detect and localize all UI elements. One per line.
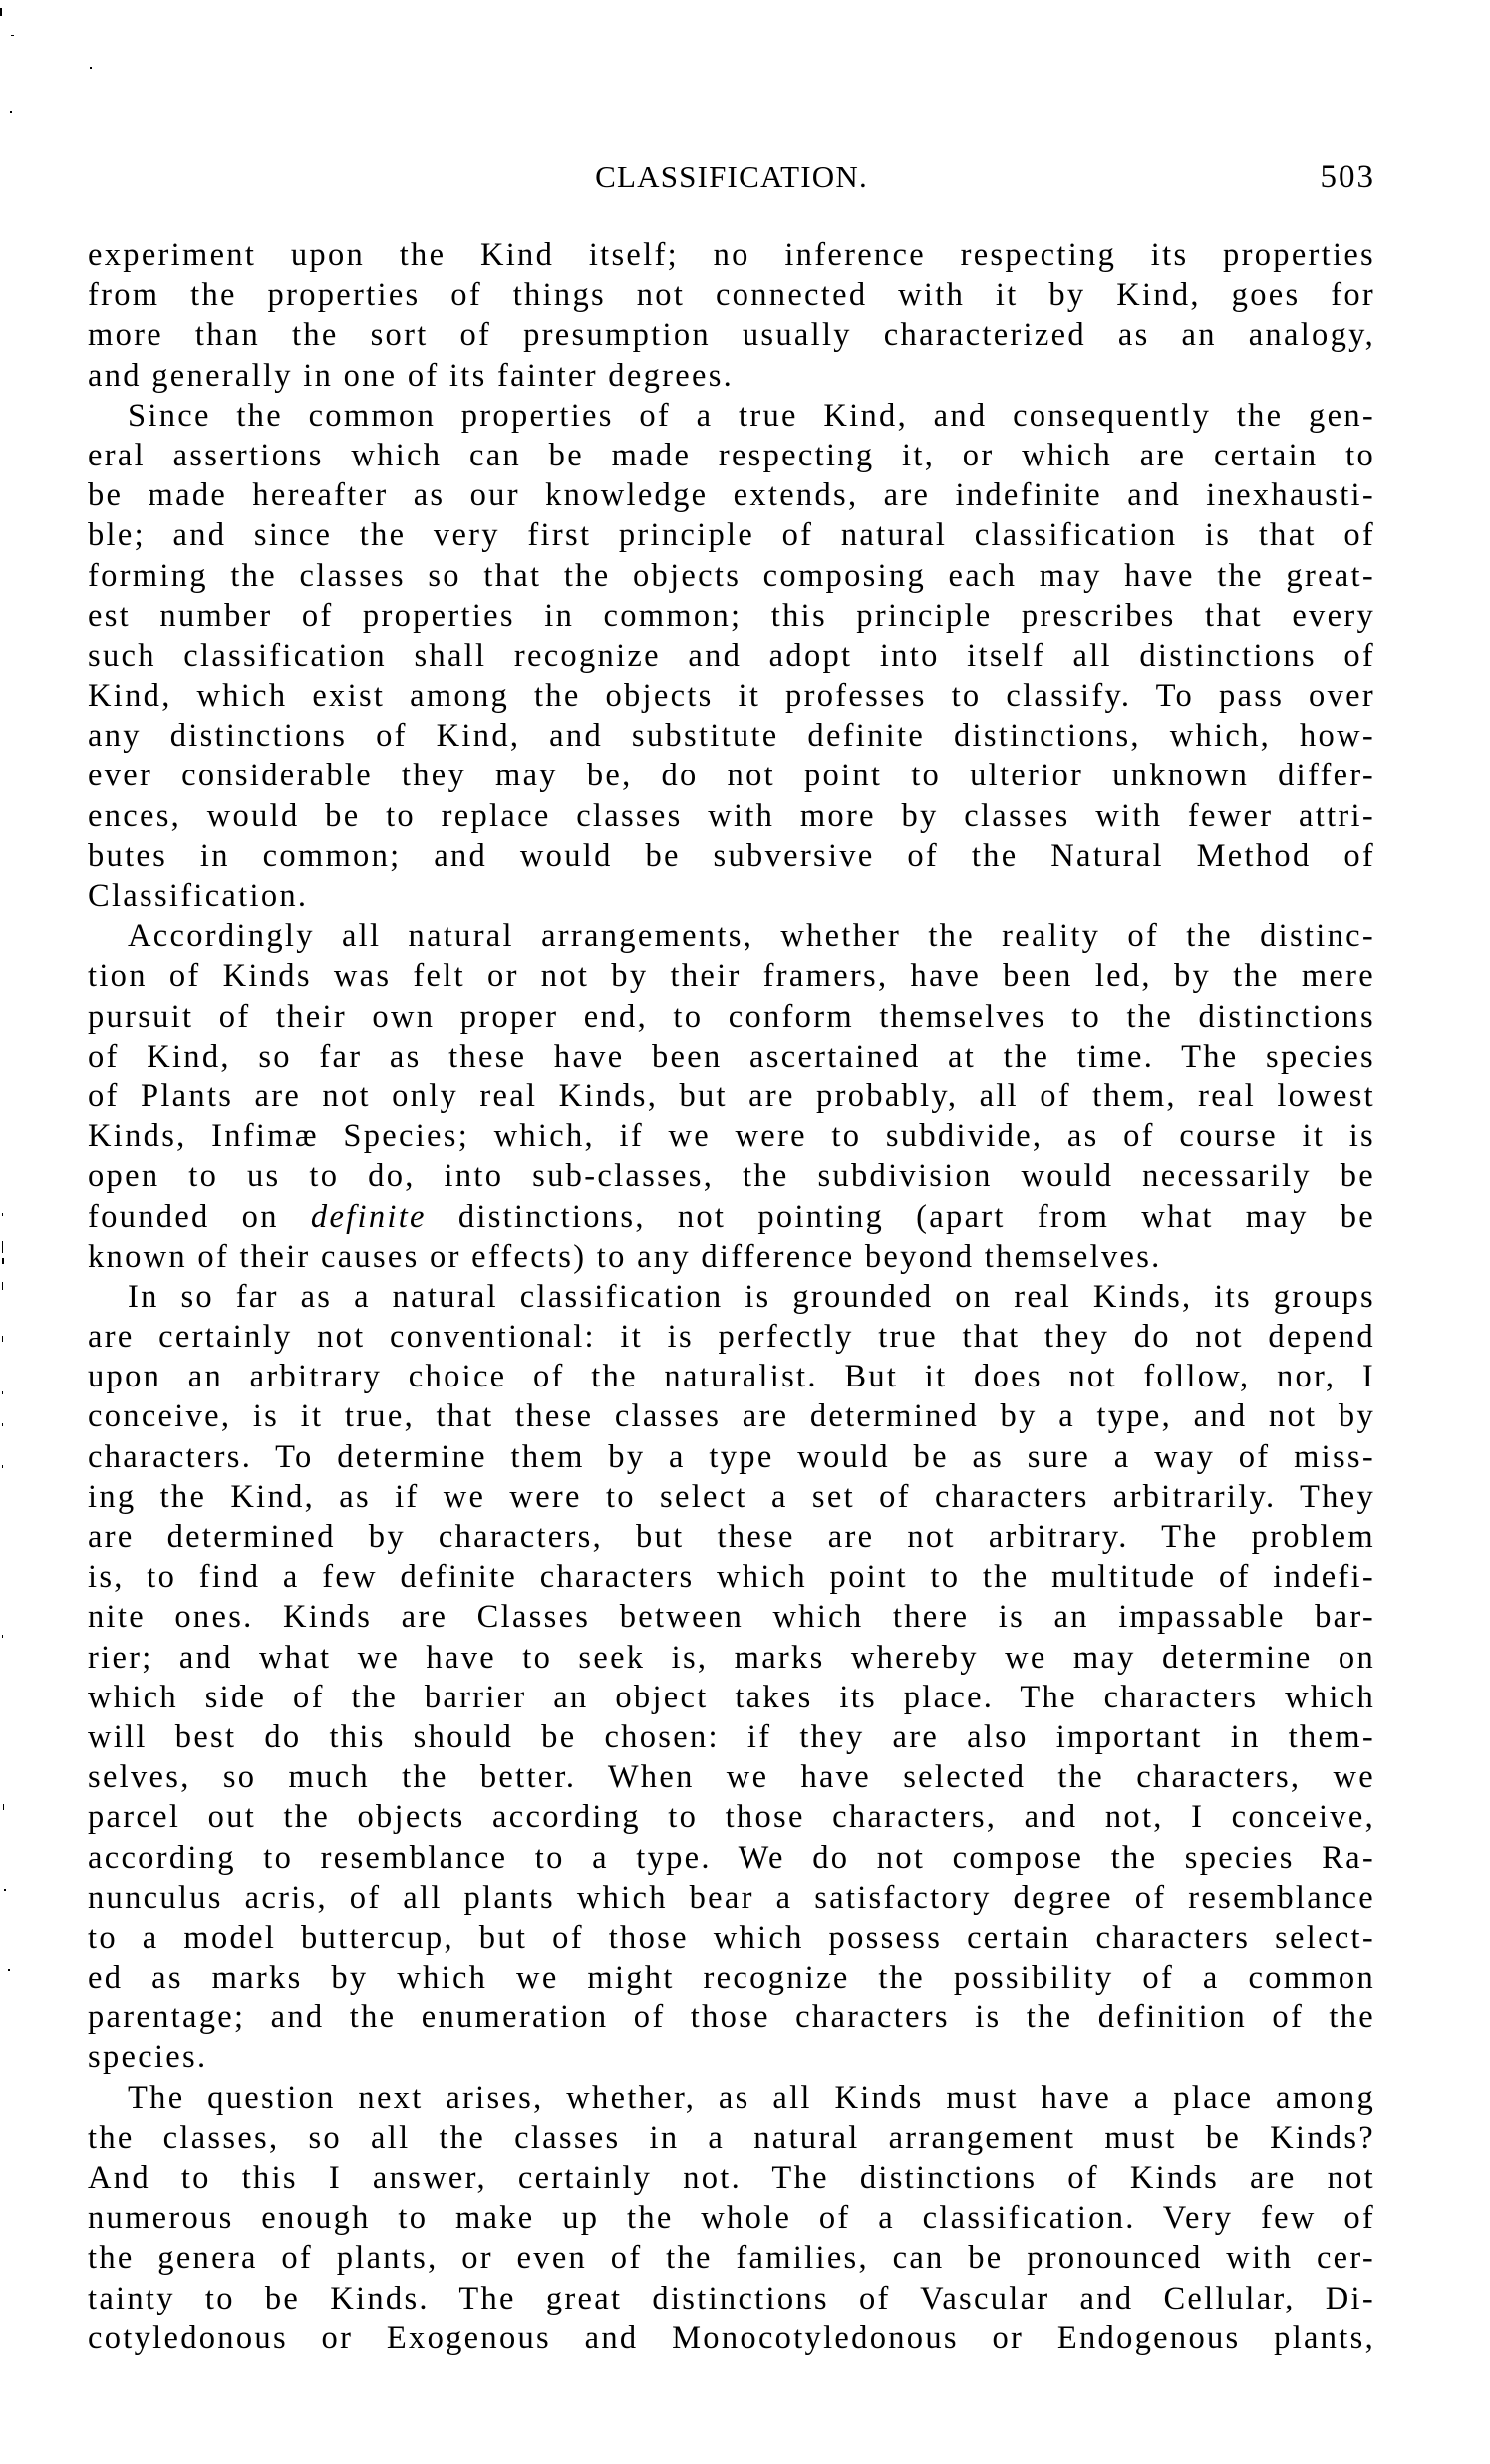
scan-speck xyxy=(2,1423,3,1426)
scan-speck xyxy=(2,1635,3,1638)
scan-speck xyxy=(3,1804,4,1810)
text-line: tainty to be Kinds. The great distinctio… xyxy=(88,2279,1375,2318)
italic-emphasis: definite xyxy=(311,1199,427,1235)
running-head: CLASSIFICATION. 503 xyxy=(88,159,1375,199)
text-line: conceive, is it true, that these classes… xyxy=(88,1396,1375,1436)
page-number: 503 xyxy=(1321,159,1376,195)
text-line: ever considerable they may be, do not po… xyxy=(88,756,1375,795)
text-line: open to us to do, into sub-classes, the … xyxy=(88,1156,1375,1196)
text-line: est number of properties in common; this… xyxy=(88,596,1375,636)
text-line: founded on definite distinctions, not po… xyxy=(88,1197,1375,1237)
text-line: to a model buttercup, but of those which… xyxy=(88,1918,1375,1958)
scan-speck xyxy=(2,1213,3,1216)
text-line: And to this I answer, certainly not. The… xyxy=(88,2158,1375,2198)
scan-speck xyxy=(10,111,12,113)
text-line: forming the classes so that the objects … xyxy=(88,556,1375,596)
text-line: ed as marks by which we might recognize … xyxy=(88,1958,1375,1998)
text-line: nunculus acris, of all plants which bear… xyxy=(88,1878,1375,1918)
scan-speck xyxy=(2,1241,3,1253)
text-line: ing the Kind, as if we were to select a … xyxy=(88,1477,1375,1517)
text-line: selves, so much the better. When we have… xyxy=(88,1757,1375,1797)
text-line: any distinctions of Kind, and substitute… xyxy=(88,716,1375,756)
text-line: ences, would be to replace classes with … xyxy=(88,796,1375,836)
scan-speck xyxy=(4,1889,6,1891)
paragraph: In so far as a natural classification is… xyxy=(88,1277,1375,2078)
scan-speck xyxy=(90,67,92,69)
text-line: according to resemblance to a type. We d… xyxy=(88,1838,1375,1878)
text-line: is, to find a few definite characters wh… xyxy=(88,1557,1375,1597)
text-segment: distinctions, not pointing (apart from w… xyxy=(427,1199,1375,1235)
book-page: CLASSIFICATION. 503 experiment upon the … xyxy=(0,0,1490,2464)
text-line: characters. To determine them by a type … xyxy=(88,1437,1375,1477)
text-line: In so far as a natural classification is… xyxy=(88,1277,1375,1317)
running-title: CLASSIFICATION. xyxy=(583,159,880,195)
text-line: ble; and since the very first principle … xyxy=(88,515,1375,555)
scan-speck xyxy=(2,1336,3,1342)
text-line: nite ones. Kinds are Classes between whi… xyxy=(88,1597,1375,1637)
text-line: which side of the barrier an object take… xyxy=(88,1678,1375,1717)
text-line: pursuit of their own proper end, to conf… xyxy=(88,997,1375,1037)
text-line: tion of Kinds was felt or not by their f… xyxy=(88,956,1375,996)
scan-speck xyxy=(2,1391,3,1394)
text-line: and generally in one of its fainter degr… xyxy=(88,356,1375,396)
scan-speck xyxy=(0,8,2,16)
text-line: Kind, which exist among the objects it p… xyxy=(88,676,1375,716)
text-line: butes in common; and would be subversive… xyxy=(88,836,1375,876)
paragraph: Accordingly all natural arrangements, wh… xyxy=(88,916,1375,1277)
paragraph: experiment upon the Kind itself; no infe… xyxy=(88,235,1375,396)
text-line: be made hereafter as our knowledge exten… xyxy=(88,475,1375,515)
text-line: parentage; and the enumeration of those … xyxy=(88,1998,1375,2037)
text-line: eral assertions which can be made respec… xyxy=(88,436,1375,475)
text-line: known of their causes or effects) to any… xyxy=(88,1237,1375,1277)
text-line: The question next arises, whether, as al… xyxy=(88,2078,1375,2118)
scan-speck xyxy=(2,1465,3,1468)
scan-speck xyxy=(2,1282,3,1290)
text-line: experiment upon the Kind itself; no infe… xyxy=(88,235,1375,275)
text-segment: founded on xyxy=(88,1199,311,1235)
text-line: upon an arbitrary choice of the naturali… xyxy=(88,1357,1375,1396)
text-line: Kinds, Infimæ Species; which, if we were… xyxy=(88,1116,1375,1156)
text-line: Since the common properties of a true Ki… xyxy=(88,396,1375,436)
paragraph: Since the common properties of a true Ki… xyxy=(88,396,1375,916)
text-line: from the properties of things not connec… xyxy=(88,275,1375,315)
text-line: species. xyxy=(88,2037,1375,2077)
scan-speck xyxy=(8,1969,10,1971)
text-line: rier; and what we have to seek is, marks… xyxy=(88,1638,1375,1678)
body-text: experiment upon the Kind itself; no infe… xyxy=(88,235,1375,2358)
text-line: Classification. xyxy=(88,876,1375,916)
text-line: the classes, so all the classes in a nat… xyxy=(88,2118,1375,2158)
text-line: parcel out the objects according to thos… xyxy=(88,1797,1375,1837)
scan-speck xyxy=(11,35,14,36)
scan-speck xyxy=(2,1258,4,1264)
text-line: of Plants are not only real Kinds, but a… xyxy=(88,1077,1375,1116)
text-line: numerous enough to make up the whole of … xyxy=(88,2198,1375,2238)
text-line: are certainly not conventional: it is pe… xyxy=(88,1317,1375,1357)
text-line: the genera of plants, or even of the fam… xyxy=(88,2238,1375,2278)
text-line: are determined by characters, but these … xyxy=(88,1517,1375,1557)
text-line: will best do this should be chosen: if t… xyxy=(88,1717,1375,1757)
paragraph: The question next arises, whether, as al… xyxy=(88,2078,1375,2358)
text-line: more than the sort of presumption usuall… xyxy=(88,315,1375,355)
text-line: cotyledonous or Exogenous and Monocotyle… xyxy=(88,2318,1375,2358)
text-line: such classification shall recognize and … xyxy=(88,636,1375,676)
text-line: Accordingly all natural arrangements, wh… xyxy=(88,916,1375,956)
text-line: of Kind, so far as these have been ascer… xyxy=(88,1037,1375,1077)
